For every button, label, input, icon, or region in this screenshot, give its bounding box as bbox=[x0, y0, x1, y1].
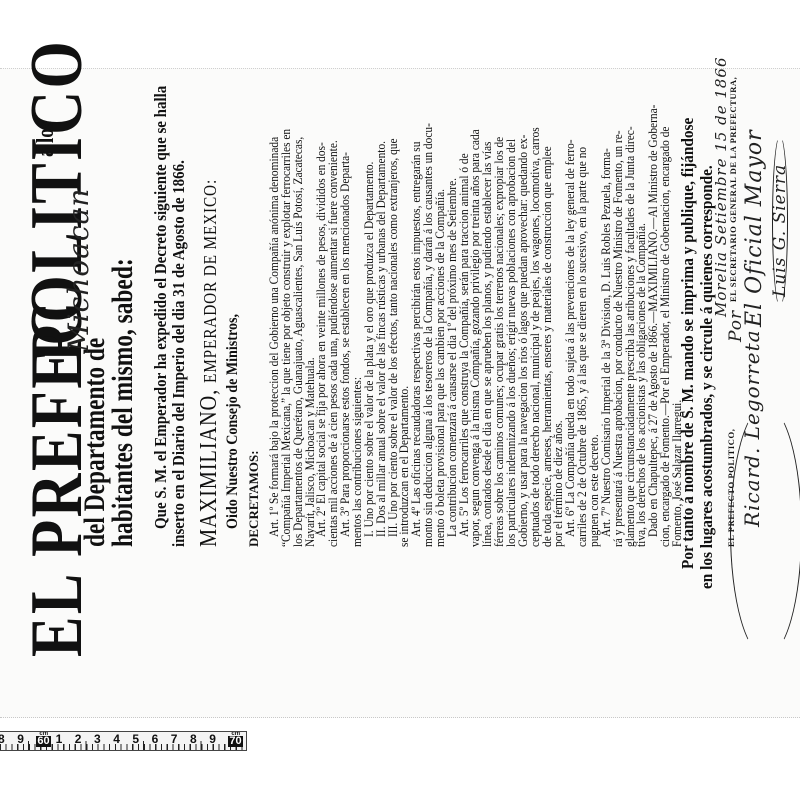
ruler-label: 60 bbox=[36, 736, 50, 747]
ruler-label: 9 bbox=[17, 732, 24, 746]
ruler-label: 4 bbox=[113, 732, 120, 746]
council-line: Oido Nuestro Consejo de Ministros, bbox=[224, 314, 242, 529]
title-line3: habitantes del mismo, sabed: bbox=[108, 258, 138, 547]
title-suffix: á los bbox=[34, 121, 58, 157]
scanned-page: EL PREFEC POLITICO á los del Departament… bbox=[0, 68, 800, 718]
ruler-label: 1 bbox=[56, 732, 63, 746]
ruler-unit: cm bbox=[39, 731, 48, 737]
closing-line-1: Por tanto á nombre de S. M. mando se imp… bbox=[678, 118, 698, 569]
title-suffix-wrap: á los bbox=[34, 111, 58, 157]
ruler-unit: cm bbox=[231, 731, 240, 737]
ruler-label: 9 bbox=[209, 732, 216, 746]
intro-line-2: inserto en el Diario del Imperio del dia… bbox=[170, 160, 187, 547]
rotated-document: EL PREFEC POLITICO á los del Departament… bbox=[0, 137, 800, 697]
habitantes-line: habitantes del mismo, sabed: bbox=[108, 177, 138, 547]
ruler-label: 7 bbox=[171, 732, 178, 746]
emperor-title: EMPERADOR DE MEXICO: bbox=[200, 179, 220, 383]
ruler-label: 5 bbox=[132, 732, 139, 746]
emperor-line: MAXIMILIANO, EMPERADOR DE MEXICO: bbox=[196, 179, 223, 547]
secretary-signature-1: El Oficial Mayor bbox=[742, 129, 767, 327]
secretary-label: EL SECRETARIO GENERAL DE LA PREFECTURA, bbox=[728, 77, 738, 302]
ruler-label: 6 bbox=[152, 732, 159, 746]
handwritten-department: Michoacan bbox=[62, 188, 95, 352]
decretamos-heading: DECRETAMOS: bbox=[246, 450, 262, 547]
ruler-label: 70 bbox=[228, 736, 242, 747]
intro-line-1: Que S. M. el Emperador ha expedido el De… bbox=[152, 86, 169, 529]
ruler-label: 8 bbox=[190, 732, 197, 746]
measuring-ruler: 8960cm12345678970cm bbox=[0, 731, 247, 751]
ruler-label: 2 bbox=[75, 732, 82, 746]
ruler-label: 8 bbox=[0, 732, 5, 746]
secretary-flourish bbox=[772, 135, 788, 307]
prefect-flourish bbox=[730, 405, 800, 657]
ruler-label: 3 bbox=[94, 732, 101, 746]
emperor-name: MAXIMILIANO, bbox=[196, 389, 222, 547]
